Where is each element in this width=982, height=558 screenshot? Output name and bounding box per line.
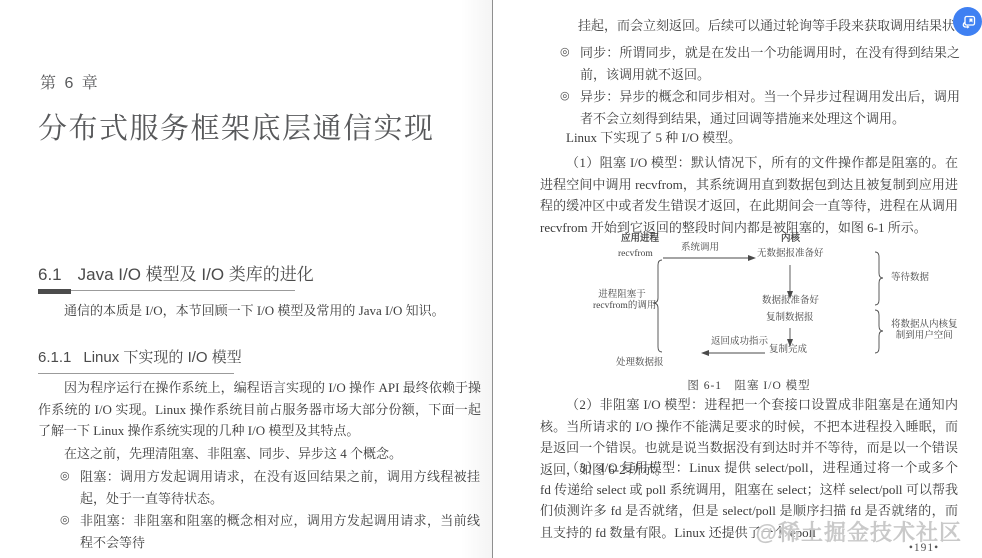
figure-label-blocked: 进程阻塞于 recvfrom的调用 xyxy=(593,290,651,312)
figure-6-1: 应用进程 recvfrom 系统调用 内核 无数据报准备好 数据报准备好 复制数… xyxy=(585,232,975,378)
figure-label-recvfrom: recvfrom xyxy=(618,249,653,260)
models-count-paragraph: Linux 下实现了 5 种 I/O 模型。 xyxy=(540,127,958,149)
figure-label-datagram-ready: 数据报准备好 xyxy=(762,296,819,307)
chapter-label: 第 6 章 xyxy=(40,70,100,93)
figure-label-process-datagram: 处理数据报 xyxy=(616,358,664,369)
image-save-icon xyxy=(959,13,977,31)
list-item-async: ◎ 异步：异步的概念和同步相对。当一个异步过程调用发出后，调用者不会立刻得到结果… xyxy=(556,86,960,129)
figure-label-no-datagram: 无数据报准备好 xyxy=(757,249,824,260)
list-item-blocking: ◎ 阻塞：调用方发起调用请求，在没有返回结果之前，调用方线程被挂起，处于一直等待… xyxy=(56,466,480,509)
bullet-icon: ◎ xyxy=(556,42,580,64)
section-number: 6.1 xyxy=(38,265,62,284)
page-divider xyxy=(492,0,493,558)
figure-label-copy-complete: 复制完成 xyxy=(769,345,807,356)
figure-label-copy-note: 将数据从内核复 制到用户空间 xyxy=(891,320,958,342)
floating-action-button[interactable] xyxy=(953,7,982,36)
intro-paragraph: 通信的本质是 I/O，本节回顾一下 I/O 模型及常用的 Java I/O 知识… xyxy=(38,300,480,322)
section-heading-bar xyxy=(38,289,71,294)
bullet-icon: ◎ xyxy=(556,86,580,108)
io-model-paragraph-1: （1）阻塞 I/O 模型：默认情况下，所有的文件操作都是阻塞的。在进程空间中调用… xyxy=(540,152,958,238)
figure-label-copy-note-line1: 将数据从内核复 xyxy=(891,320,958,331)
page-number: •191• xyxy=(890,542,958,554)
continuation-paragraph: 挂起，而会立刻返回。后续可以通过轮询等手段来获取调用结果状态。 xyxy=(578,15,960,37)
bullet-text: 非阻塞：非阻塞和阻塞的概念相对应，调用方发起调用请求，当前线程不会等待 xyxy=(80,510,480,553)
figure-label-blocked-line1: 进程阻塞于 xyxy=(593,290,651,301)
bullet-text: 阻塞：调用方发起调用请求，在没有返回结果之前，调用方线程被挂起，处于一直等待状态… xyxy=(80,466,480,509)
left-paragraph-2: 在这之前，先理清阻塞、非阻塞、同步、异步这 4 个概念。 xyxy=(38,443,481,465)
section-heading: 6.1Java I/O 模型及 I/O 类库的进化 xyxy=(38,260,295,291)
left-paragraph-1: 因为程序运行在操作系统上，编程语言实现的 I/O 操作 API 最终依赖于操作系… xyxy=(38,377,481,442)
section-title: Java I/O 模型及 I/O 类库的进化 xyxy=(78,265,314,284)
figure-label-copy-datagram: 复制数据报 xyxy=(766,313,814,324)
figure-label-copy-note-line2: 制到用户空间 xyxy=(891,331,958,342)
bullet-icon: ◎ xyxy=(56,510,80,532)
subsection-heading: 6.1.1Linux 下实现的 I/O 模型 xyxy=(38,346,234,374)
subsection-title: Linux 下实现的 I/O 模型 xyxy=(83,349,241,366)
bullet-icon: ◎ xyxy=(56,466,80,488)
figure-label-return-ok: 返回成功指示 xyxy=(711,337,768,348)
figure-label-blocked-line2: recvfrom的调用 xyxy=(593,301,651,312)
chapter-title: 分布式服务框架底层通信实现 xyxy=(38,106,435,147)
list-item-nonblocking: ◎ 非阻塞：非阻塞和阻塞的概念相对应，调用方发起调用请求，当前线程不会等待 xyxy=(56,510,480,553)
figure-label-system-call: 系统调用 xyxy=(681,243,719,254)
figure-label-app-process: 应用进程 xyxy=(621,234,659,245)
concept-list-left: ◎ 阻塞：调用方发起调用请求，在没有返回结果之前，调用方线程被挂起，处于一直等待… xyxy=(56,466,480,554)
book-spread: 第 6 章 分布式服务框架底层通信实现 6.1Java I/O 模型及 I/O … xyxy=(0,0,982,558)
figure-label-wait-for-data: 等待数据 xyxy=(891,273,929,284)
concept-list-right: ◎ 同步：所谓同步，就是在发出一个功能调用时，在没有得到结果之前，该调用就不返回… xyxy=(556,42,960,130)
figure-caption: 图 6-1 阻塞 I/O 模型 xyxy=(540,377,958,393)
list-item-sync: ◎ 同步：所谓同步，就是在发出一个功能调用时，在没有得到结果之前，该调用就不返回… xyxy=(556,42,960,85)
subsection-number: 6.1.1 xyxy=(38,349,71,366)
bullet-text: 异步：异步的概念和同步相对。当一个异步过程调用发出后，调用者不会立刻得到结果，通… xyxy=(580,86,960,129)
bullet-text: 同步：所谓同步，就是在发出一个功能调用时，在没有得到结果之前，该调用就不返回。 xyxy=(580,42,960,85)
figure-label-kernel: 内核 xyxy=(781,234,800,245)
